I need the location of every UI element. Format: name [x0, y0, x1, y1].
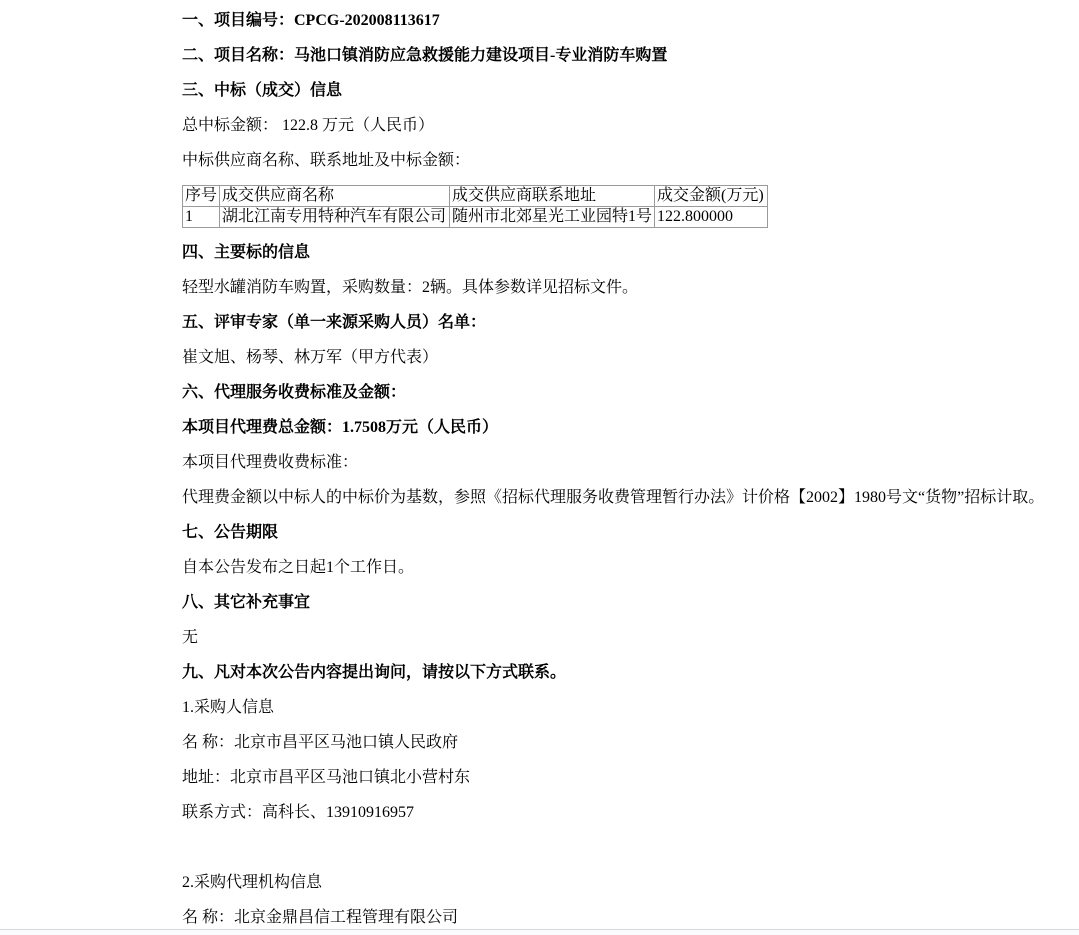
heading-main-subject: 四、主要标的信息 — [182, 242, 1071, 263]
award-table-header-row: 序号 成交供应商名称 成交供应商联系地址 成交金额(万元) — [183, 186, 768, 207]
award-table-row: 1 湖北江南专用特种汽车有限公司 随州市北郊星光工业园特1号 122.80000… — [183, 207, 768, 228]
purchaser-name-line: 名 称：北京市昌平区马池口镇人民政府 — [182, 732, 1071, 753]
line-experts: 崔文旭、杨琴、林万军（甲方代表） — [182, 347, 1071, 368]
purchaser-info-title: 1.采购人信息 — [182, 697, 1071, 718]
award-table-header-index: 序号 — [183, 186, 220, 207]
line-agency-fee-total: 本项目代理费总金额：1.7508万元（人民币） — [182, 417, 1071, 438]
heading-project-number: 一、项目编号：CPCG-202008113617 — [182, 10, 1071, 31]
heading-award-info: 三、中标（成交）信息 — [182, 80, 1071, 101]
award-table-cell-supplier-name: 湖北江南专用特种汽车有限公司 — [220, 207, 450, 228]
blank-line-spacer — [182, 837, 1071, 872]
purchaser-contact-line: 联系方式：高科长、13910916957 — [182, 802, 1071, 823]
line-announcement-period: 自本公告发布之日起1个工作日。 — [182, 557, 1071, 578]
line-main-subject: 轻型水罐消防车购置，采购数量：2辆。具体参数详见招标文件。 — [182, 277, 1071, 298]
award-table-cell-amount: 122.800000 — [655, 207, 768, 228]
award-table-cell-supplier-address: 随州市北郊星光工业园特1号 — [450, 207, 655, 228]
page-bottom-edge — [0, 929, 1079, 935]
award-table: 序号 成交供应商名称 成交供应商联系地址 成交金额(万元) 1 湖北江南专用特种… — [182, 185, 768, 228]
award-table-header-supplier-name: 成交供应商名称 — [220, 186, 450, 207]
purchaser-address-line: 地址：北京市昌平区马池口镇北小营村东 — [182, 767, 1071, 788]
line-other-matters: 无 — [182, 627, 1071, 648]
heading-contact: 九、凡对本次公告内容提出询问，请按以下方式联系。 — [182, 662, 1071, 683]
award-table-header-amount: 成交金额(万元) — [655, 186, 768, 207]
heading-announcement-period: 七、公告期限 — [182, 522, 1071, 543]
heading-project-name: 二、项目名称：马池口镇消防应急救援能力建设项目-专业消防车购置 — [182, 45, 1071, 66]
line-supplier-intro: 中标供应商名称、联系地址及中标金额： — [182, 150, 1071, 171]
line-agency-fee-standard: 本项目代理费收费标准： — [182, 452, 1071, 473]
line-agency-fee-detail: 代理费金额以中标人的中标价为基数，参照《招标代理服务收费管理暂行办法》计价格【2… — [182, 487, 1071, 508]
agency-name-line: 名 称：北京金鼎昌信工程管理有限公司 — [182, 907, 1071, 928]
agency-info-title: 2.采购代理机构信息 — [182, 872, 1071, 893]
heading-other-matters: 八、其它补充事宜 — [182, 592, 1071, 613]
announcement-document: 一、项目编号：CPCG-202008113617 二、项目名称：马池口镇消防应急… — [0, 0, 1079, 928]
line-total-award-amount: 总中标金额： 122.8 万元（人民币） — [182, 115, 1071, 136]
heading-experts: 五、评审专家（单一来源采购人员）名单： — [182, 312, 1071, 333]
heading-agency-fee: 六、代理服务收费标准及金额： — [182, 382, 1071, 403]
award-table-cell-index: 1 — [183, 207, 220, 228]
award-table-header-supplier-address: 成交供应商联系地址 — [450, 186, 655, 207]
